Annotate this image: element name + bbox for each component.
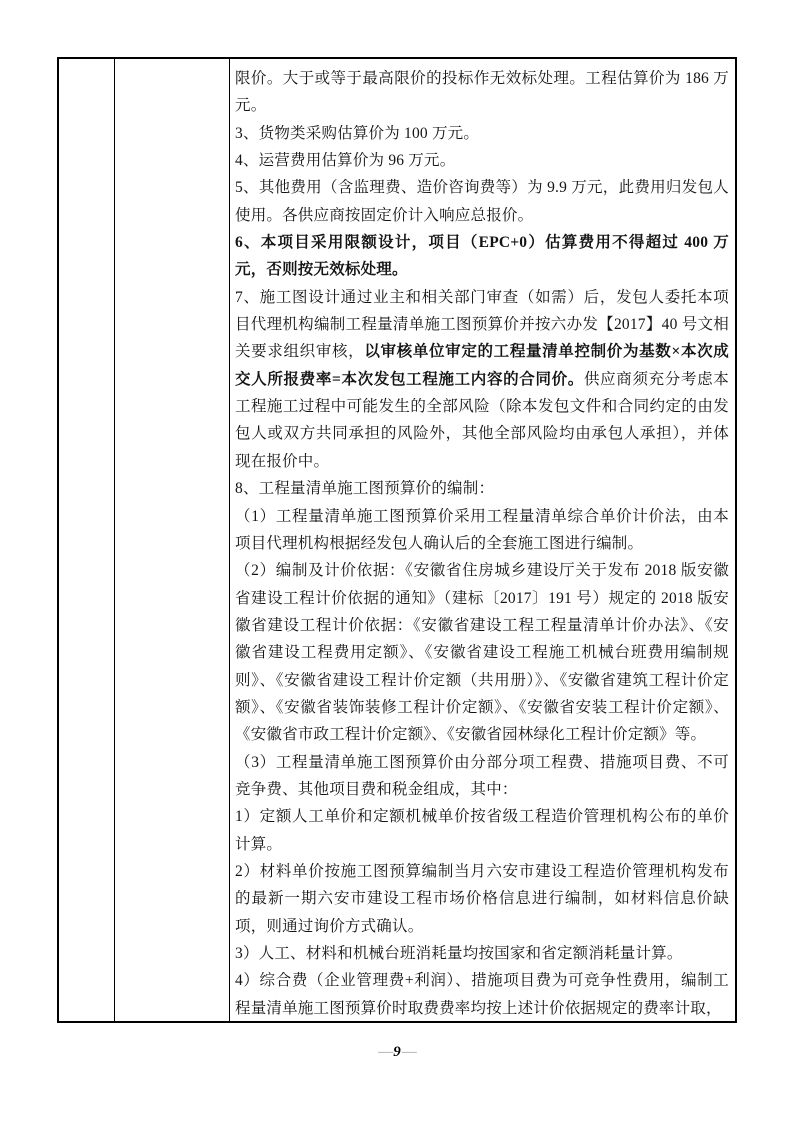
paragraph: 4、运营费用估算价为 96 万元。: [235, 147, 729, 174]
text-segment: 2）材料单价按施工图预算编制当月六安市建设工程造价管理机构发布的最新一期六安市建…: [235, 863, 729, 935]
paragraph: 8、工程量清单施工图预算价的编制：: [235, 475, 729, 502]
paragraph: 7、施工图设计通过业主和相关部门审查（如需）后，发包人委托本项目代理机构编制工程…: [235, 284, 729, 475]
paragraph: 1）定额人工单价和定额机械单价按省级工程造价管理机构公布的单价计算。: [235, 803, 729, 858]
table-continuation-cell-1: [59, 59, 115, 1021]
paragraph: 5、其他费用（含监理费、造价咨询费等）为 9.9 万元，此费用归发包人使用。各供…: [235, 174, 729, 229]
spec-table: 限价。大于或等于最高限价的投标作无效标处理。工程估算价为 186 万元。3、货物…: [57, 57, 737, 1023]
paragraph: 4）综合费（企业管理费+利润）、措施项目费为可竞争性费用，编制工程量清单施工图预…: [235, 967, 729, 1021]
paragraph: 2）材料单价按施工图预算编制当月六安市建设工程造价管理机构发布的最新一期六安市建…: [235, 858, 729, 940]
text-segment: 4、运营费用估算价为 96 万元。: [235, 152, 455, 169]
bold-text-segment: 6、本项目采用限额设计，项目（EPC+0）估算费用不得超过 400 万元，否则按…: [235, 234, 729, 278]
text-segment: 限价。大于或等于最高限价的投标作无效标处理。工程估算价为 186 万元。: [235, 70, 729, 114]
paragraph: （1）工程量清单施工图预算价采用工程量清单综合单价计价法，由本项目代理机构根据经…: [235, 503, 729, 558]
paragraph: 限价。大于或等于最高限价的投标作无效标处理。工程估算价为 186 万元。: [235, 65, 729, 120]
text-segment: 8、工程量清单施工图预算价的编制：: [235, 480, 494, 497]
document-page: 限价。大于或等于最高限价的投标作无效标处理。工程估算价为 186 万元。3、货物…: [0, 0, 794, 1122]
paragraph: （3）工程量清单施工图预算价由分部分项工程费、措施项目费、不可竞争费、其他项目费…: [235, 749, 729, 804]
spec-text-cell: 限价。大于或等于最高限价的投标作无效标处理。工程估算价为 186 万元。3、货物…: [230, 59, 735, 1021]
paragraph: （2）编制及计价依据：《安徽省住房城乡建设厅关于发布 2018 版安徽省建设工程…: [235, 557, 729, 748]
page-footer: —9—: [0, 1042, 794, 1062]
paragraph: 6、本项目采用限额设计，项目（EPC+0）估算费用不得超过 400 万元，否则按…: [235, 229, 729, 284]
text-segment: 5、其他费用（含监理费、造价咨询费等）为 9.9 万元，此费用归发包人使用。各供…: [235, 179, 729, 223]
paragraph: 3、货物类采购估算价为 100 万元。: [235, 120, 729, 147]
table-continuation-cell-2: [115, 59, 230, 1021]
text-segment: 3）人工、材料和机械台班消耗量均按国家和省定额消耗量计算。: [235, 945, 683, 962]
paragraph: 3）人工、材料和机械台班消耗量均按国家和省定额消耗量计算。: [235, 940, 729, 967]
text-segment: （1）工程量清单施工图预算价采用工程量清单综合单价计价法，由本项目代理机构根据经…: [235, 508, 729, 552]
page-number: 9: [392, 1044, 402, 1060]
text-segment: （2）编制及计价依据：《安徽省住房城乡建设厅关于发布 2018 版安徽省建设工程…: [235, 562, 729, 743]
footer-dash-right: —: [402, 1044, 416, 1060]
footer-dash-left: —: [378, 1044, 392, 1060]
text-segment: （3）工程量清单施工图预算价由分部分项工程费、措施项目费、不可竞争费、其他项目费…: [235, 754, 729, 798]
text-segment: 1）定额人工单价和定额机械单价按省级工程造价管理机构公布的单价计算。: [235, 808, 729, 852]
text-segment: 4）综合费（企业管理费+利润）、措施项目费为可竞争性费用，编制工程量清单施工图预…: [235, 972, 729, 1016]
text-segment: 3、货物类采购估算价为 100 万元。: [235, 125, 479, 142]
